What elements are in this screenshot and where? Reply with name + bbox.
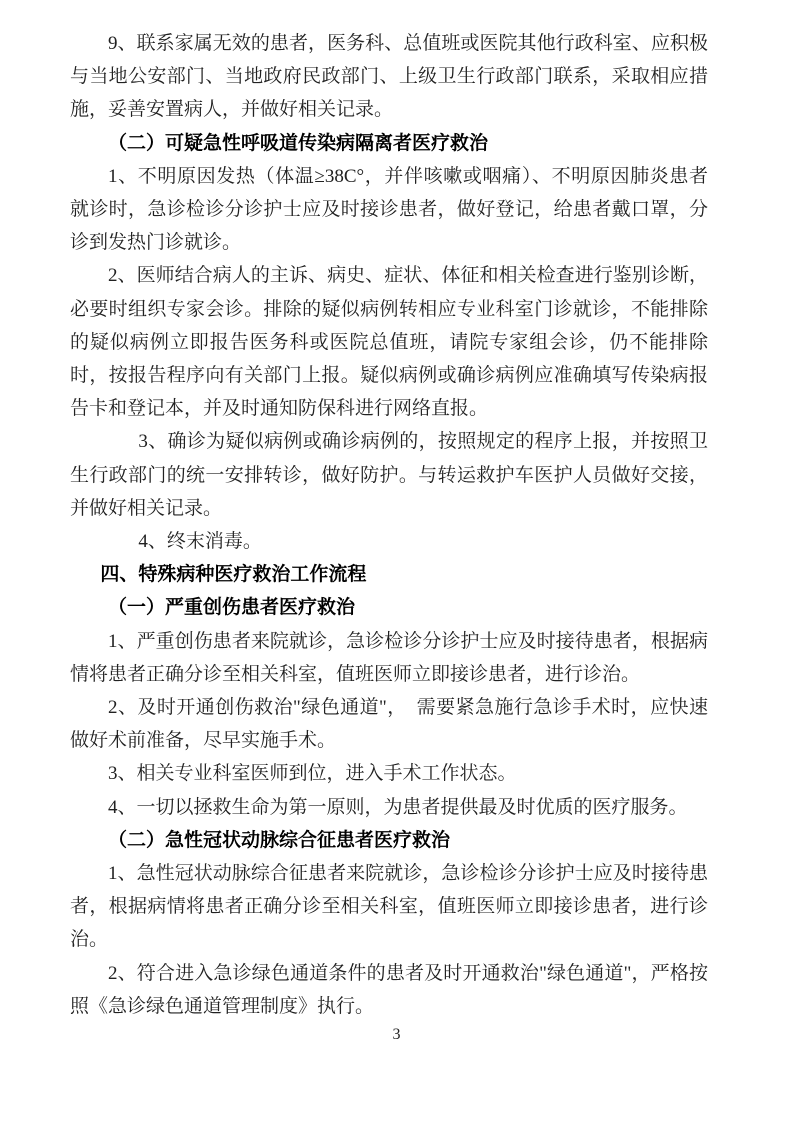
document-page: 9、联系家属无效的患者，医务科、总值班或医院其他行政科室、应积极与当地公安部门、… bbox=[0, 0, 793, 1122]
paragraph-life-first-principle: 4、一切以拯救生命为第一原则，为患者提供最及时优质的医疗服务。 bbox=[70, 791, 708, 824]
paragraph-fever-triage: 1、不明原因发热（体温≥38C°，并伴咳嗽或咽痛）、不明原因肺炎患者就诊时，急诊… bbox=[70, 160, 708, 260]
paragraph-specialist-ready: 3、相关专业科室医师到位，进入手术工作状态。 bbox=[70, 757, 708, 790]
heading-respiratory-infectious: （二）可疑急性呼吸道传染病隔离者医疗救治 bbox=[70, 127, 708, 160]
paragraph-confirmed-case-report: 3、确诊为疑似病例或确诊病例的，按照规定的程序上报，并按照卫生行政部门的统一安排… bbox=[70, 425, 708, 525]
page-number: 3 bbox=[0, 1025, 793, 1045]
heading-severe-trauma: （一）严重创伤患者医疗救治 bbox=[70, 591, 708, 624]
paragraph-contact-family: 9、联系家属无效的患者，医务科、总值班或医院其他行政科室、应积极与当地公安部门、… bbox=[70, 27, 708, 127]
paragraph-acs-triage: 1、急性冠状动脉综合征患者来院就诊，急诊检诊分诊护士应及时接待患者，根据病情将患… bbox=[70, 857, 708, 957]
paragraph-trauma-triage: 1、严重创伤患者来院就诊，急诊检诊分诊护士应及时接待患者，根据病情将患者正确分诊… bbox=[70, 625, 708, 691]
document-body: 9、联系家属无效的患者，医务科、总值班或医院其他行政科室、应积极与当地公安部门、… bbox=[70, 27, 708, 1023]
paragraph-acs-green-channel: 2、符合进入急诊绿色通道条件的患者及时开通救治"绿色通道"，严格按照《急诊绿色通… bbox=[70, 957, 708, 1023]
paragraph-terminal-disinfection: 4、终末消毒。 bbox=[70, 525, 708, 558]
heading-special-diseases-workflow: 四、特殊病种医疗救治工作流程 bbox=[70, 558, 708, 591]
paragraph-differential-diagnosis: 2、医师结合病人的主诉、病史、症状、体征和相关检查进行鉴别诊断，必要时组织专家会… bbox=[70, 259, 708, 425]
heading-acute-coronary-syndrome: （二）急性冠状动脉综合征患者医疗救治 bbox=[70, 824, 708, 857]
paragraph-trauma-green-channel: 2、及时开通创伤救治"绿色通道"， 需要紧急施行急诊手术时，应快速做好术前准备，… bbox=[70, 691, 708, 757]
